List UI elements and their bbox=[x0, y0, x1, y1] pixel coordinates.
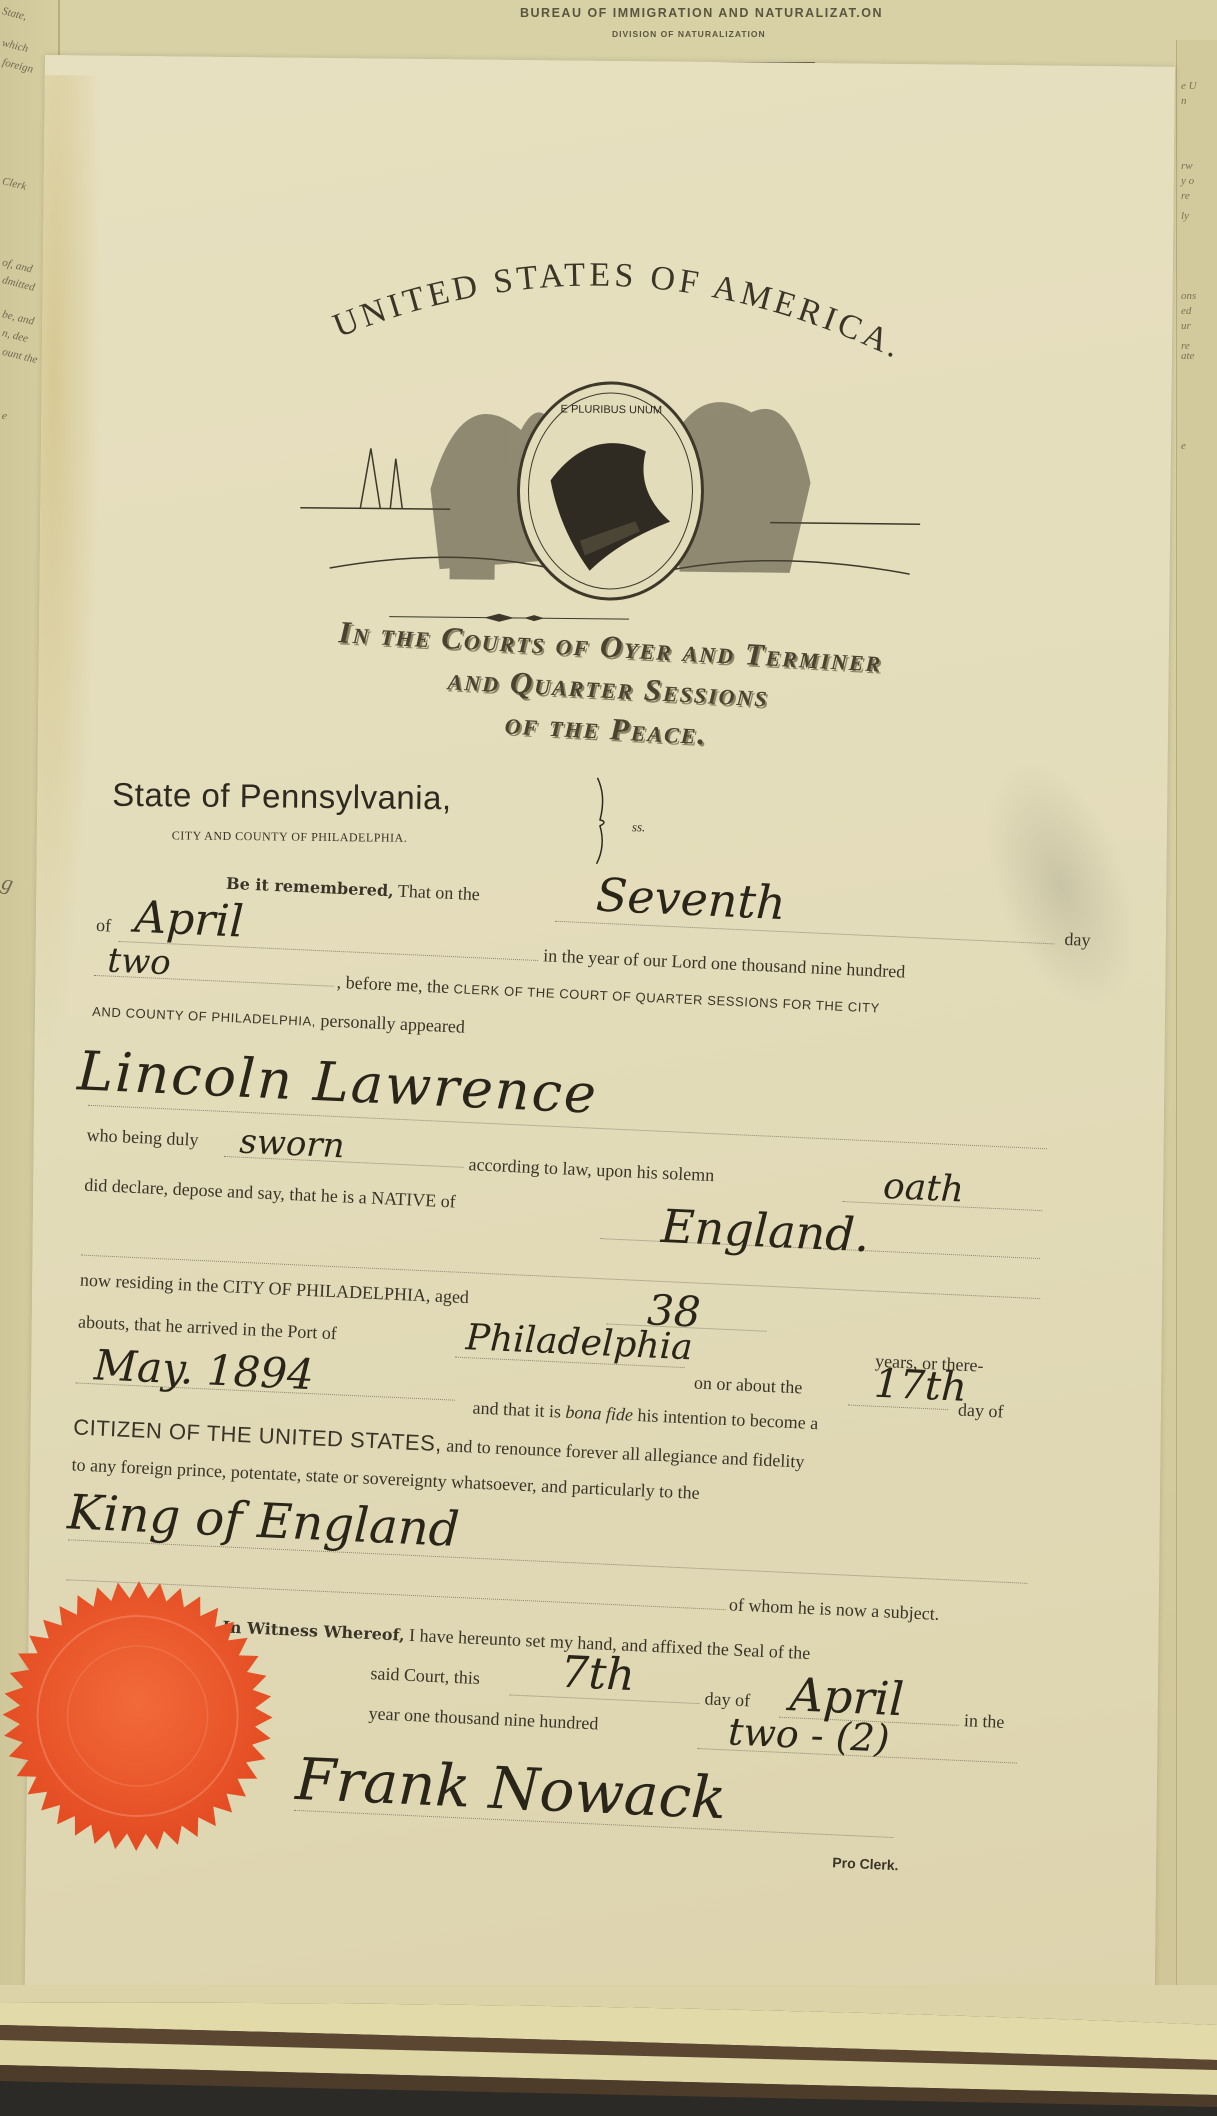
pro-clerk-label: Pro Clerk. bbox=[832, 1854, 899, 1873]
text-fragment: and to renounce forever all allegiance a… bbox=[446, 1435, 805, 1471]
text-fragment: his intention to become a bbox=[637, 1405, 819, 1433]
handwritten-arrival-date: May. 1894 bbox=[93, 1340, 315, 1399]
county-caps: AND COUNTY OF PHILADELPHIA, bbox=[92, 1004, 316, 1029]
text-fragment: in the bbox=[963, 1710, 1004, 1733]
handwritten-arrival-day: 17th bbox=[873, 1361, 968, 1411]
handwritten-witness-year: two - (2) bbox=[727, 1709, 890, 1760]
handwritten-day: Seventh bbox=[595, 868, 787, 931]
left-fragment: State, bbox=[1, 5, 28, 23]
court-seal bbox=[0, 1565, 279, 1868]
text-fragment: personally appeared bbox=[320, 1010, 465, 1037]
text-fragment: in the year of our Lord one thousand nin… bbox=[543, 945, 906, 982]
text-fragment: day of bbox=[958, 1400, 1004, 1423]
be-it-remembered: Be it remembered, bbox=[226, 874, 394, 901]
handwritten-native-country: England. bbox=[660, 1199, 871, 1262]
stacked-page-edges bbox=[0, 1985, 1217, 2116]
handwritten-renounced-sovereign: King of England bbox=[66, 1484, 460, 1558]
text-fragment: , before me, the bbox=[336, 972, 449, 997]
citizen-of-us-text: CITIZEN OF THE UNITED STATES, bbox=[73, 1414, 443, 1456]
left-fragment: dmitted bbox=[1, 274, 36, 294]
text-fragment: now residing in the CITY OF PHILADELPHIA… bbox=[80, 1270, 470, 1309]
bona-fide-text: bona fide bbox=[565, 1402, 633, 1425]
left-fragment: Clerk bbox=[1, 175, 28, 193]
text-fragment: and that it is bbox=[472, 1398, 561, 1422]
left-fragment: foreign bbox=[1, 56, 34, 75]
text-fragment: said Court, this bbox=[370, 1663, 480, 1689]
left-fragment: g bbox=[0, 869, 16, 897]
declaration-of-intention-certificate: UNITED STATES OF AMERICA. E PLURIBUS UNU… bbox=[25, 55, 1175, 2007]
bureau-title: BUREAU OF IMMIGRATION AND NATURALIZAT.ON bbox=[520, 6, 883, 20]
handwritten-oath: oath bbox=[882, 1166, 965, 1211]
left-fragment: e bbox=[1, 410, 9, 423]
text-fragment: of whom he is now a subject. bbox=[728, 1594, 939, 1625]
left-fragment: which bbox=[1, 37, 29, 55]
text-fragment: who being duly bbox=[86, 1125, 199, 1151]
left-fragment: be, and bbox=[1, 308, 35, 327]
left-fragment: of, and bbox=[1, 256, 34, 275]
handwritten-declarant-name: Lincoln Lawrence bbox=[76, 1039, 599, 1126]
division-title: DIVISION OF NATURALIZATION bbox=[612, 29, 766, 39]
clerk-title: CLERK OF THE COURT OF QUARTER SESSIONS F… bbox=[453, 981, 880, 1015]
blank-day bbox=[555, 921, 1055, 945]
handwritten-sworn: sworn bbox=[239, 1122, 346, 1167]
text-fragment: of bbox=[96, 915, 112, 937]
bureau-header: BUREAU OF IMMIGRATION AND NATURALIZAT.ON… bbox=[0, 0, 1217, 55]
text-fragment: did declare, depose and say, that he is … bbox=[84, 1175, 456, 1213]
handwritten-month: April bbox=[133, 892, 244, 948]
text-fragment: day bbox=[1064, 929, 1091, 951]
text-fragment: on or about the bbox=[694, 1373, 803, 1399]
text-fragment: day of bbox=[704, 1688, 750, 1711]
text-fragment: abouts, that he arrived in the Port of bbox=[78, 1312, 338, 1345]
handwritten-year: two bbox=[107, 940, 172, 983]
text-fragment: according to law, upon his solemn bbox=[468, 1154, 714, 1186]
handwritten-witness-day: 7th bbox=[560, 1647, 636, 1701]
left-fragment: n, dee bbox=[1, 327, 29, 345]
left-fragment: ount the bbox=[1, 346, 39, 366]
text-fragment: year one thousand nine hundred bbox=[368, 1703, 599, 1734]
text-fragment: That on the bbox=[397, 881, 480, 905]
right-fragment: e U bbox=[1181, 80, 1197, 92]
